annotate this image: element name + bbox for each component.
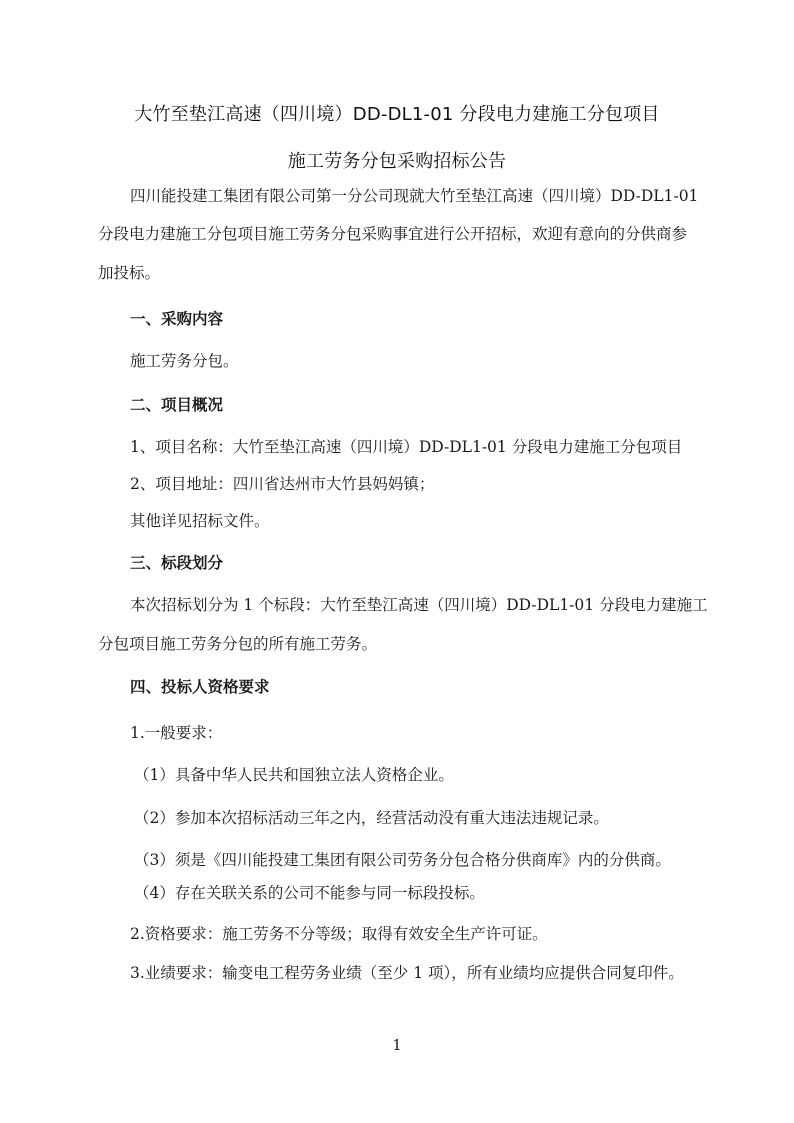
section1-content: 施工劳务分包。 <box>130 351 730 371</box>
document-title-line1: 大竹至垫江高速（四川境）DD-DL1-01 分段电力建施工分包项目 <box>0 100 794 126</box>
section3-heading: 三、标段划分 <box>130 553 730 573</box>
document-page: 大竹至垫江高速（四川境）DD-DL1-01 分段电力建施工分包项目 施工劳务分包… <box>0 0 794 1123</box>
intro-line-3: 加投标。 <box>98 263 698 283</box>
page-number: 1 <box>0 1036 794 1054</box>
section2-item-2: 2、项目地址：四川省达州市大竹县妈妈镇； <box>130 474 730 494</box>
general-item-3: （3）须是《四川能投建工集团有限公司劳务分包合格分供商库》内的分供商。 <box>134 850 734 870</box>
section2-heading: 二、项目概况 <box>130 395 730 415</box>
general-requirements-label: 1.一般要求： <box>130 723 730 743</box>
general-item-2: （2）参加本次招标活动三年之内，经营活动没有重大违法违规记录。 <box>134 808 734 828</box>
intro-line-1: 四川能投建工集团有限公司第一分公司现就大竹至垫江高速（四川境）DD-DL1-01 <box>130 186 730 206</box>
document-title-line2: 施工劳务分包采购招标公告 <box>0 147 794 173</box>
general-item-1: （1）具备中华人民共和国独立法人资格企业。 <box>134 765 734 785</box>
intro-line-2: 分段电力建施工分包项目施工劳务分包采购事宜进行公开招标，欢迎有意向的分供商参 <box>98 224 698 244</box>
section3-line-1: 本次招标划分为 1 个标段：大竹至垫江高速（四川境）DD-DL1-01 分段电力… <box>130 595 730 615</box>
performance-requirement: 3.业绩要求：输变电工程劳务业绩（至少 1 项），所有业绩均应提供合同复印件。 <box>130 963 730 983</box>
general-item-4: （4）存在关联关系的公司不能参与同一标段投标。 <box>134 883 734 903</box>
qualification-requirement: 2.资格要求：施工劳务不分等级；取得有效安全生产许可证。 <box>130 924 730 944</box>
section4-heading: 四、投标人资格要求 <box>130 677 730 697</box>
section2-item-1: 1、项目名称：大竹至垫江高速（四川境）DD-DL1-01 分段电力建施工分包项目 <box>130 437 730 457</box>
section1-heading: 一、采购内容 <box>130 309 730 329</box>
section3-line-2: 分包项目施工劳务分包的所有施工劳务。 <box>98 634 698 654</box>
section2-item-3: 其他详见招标文件。 <box>130 511 730 531</box>
